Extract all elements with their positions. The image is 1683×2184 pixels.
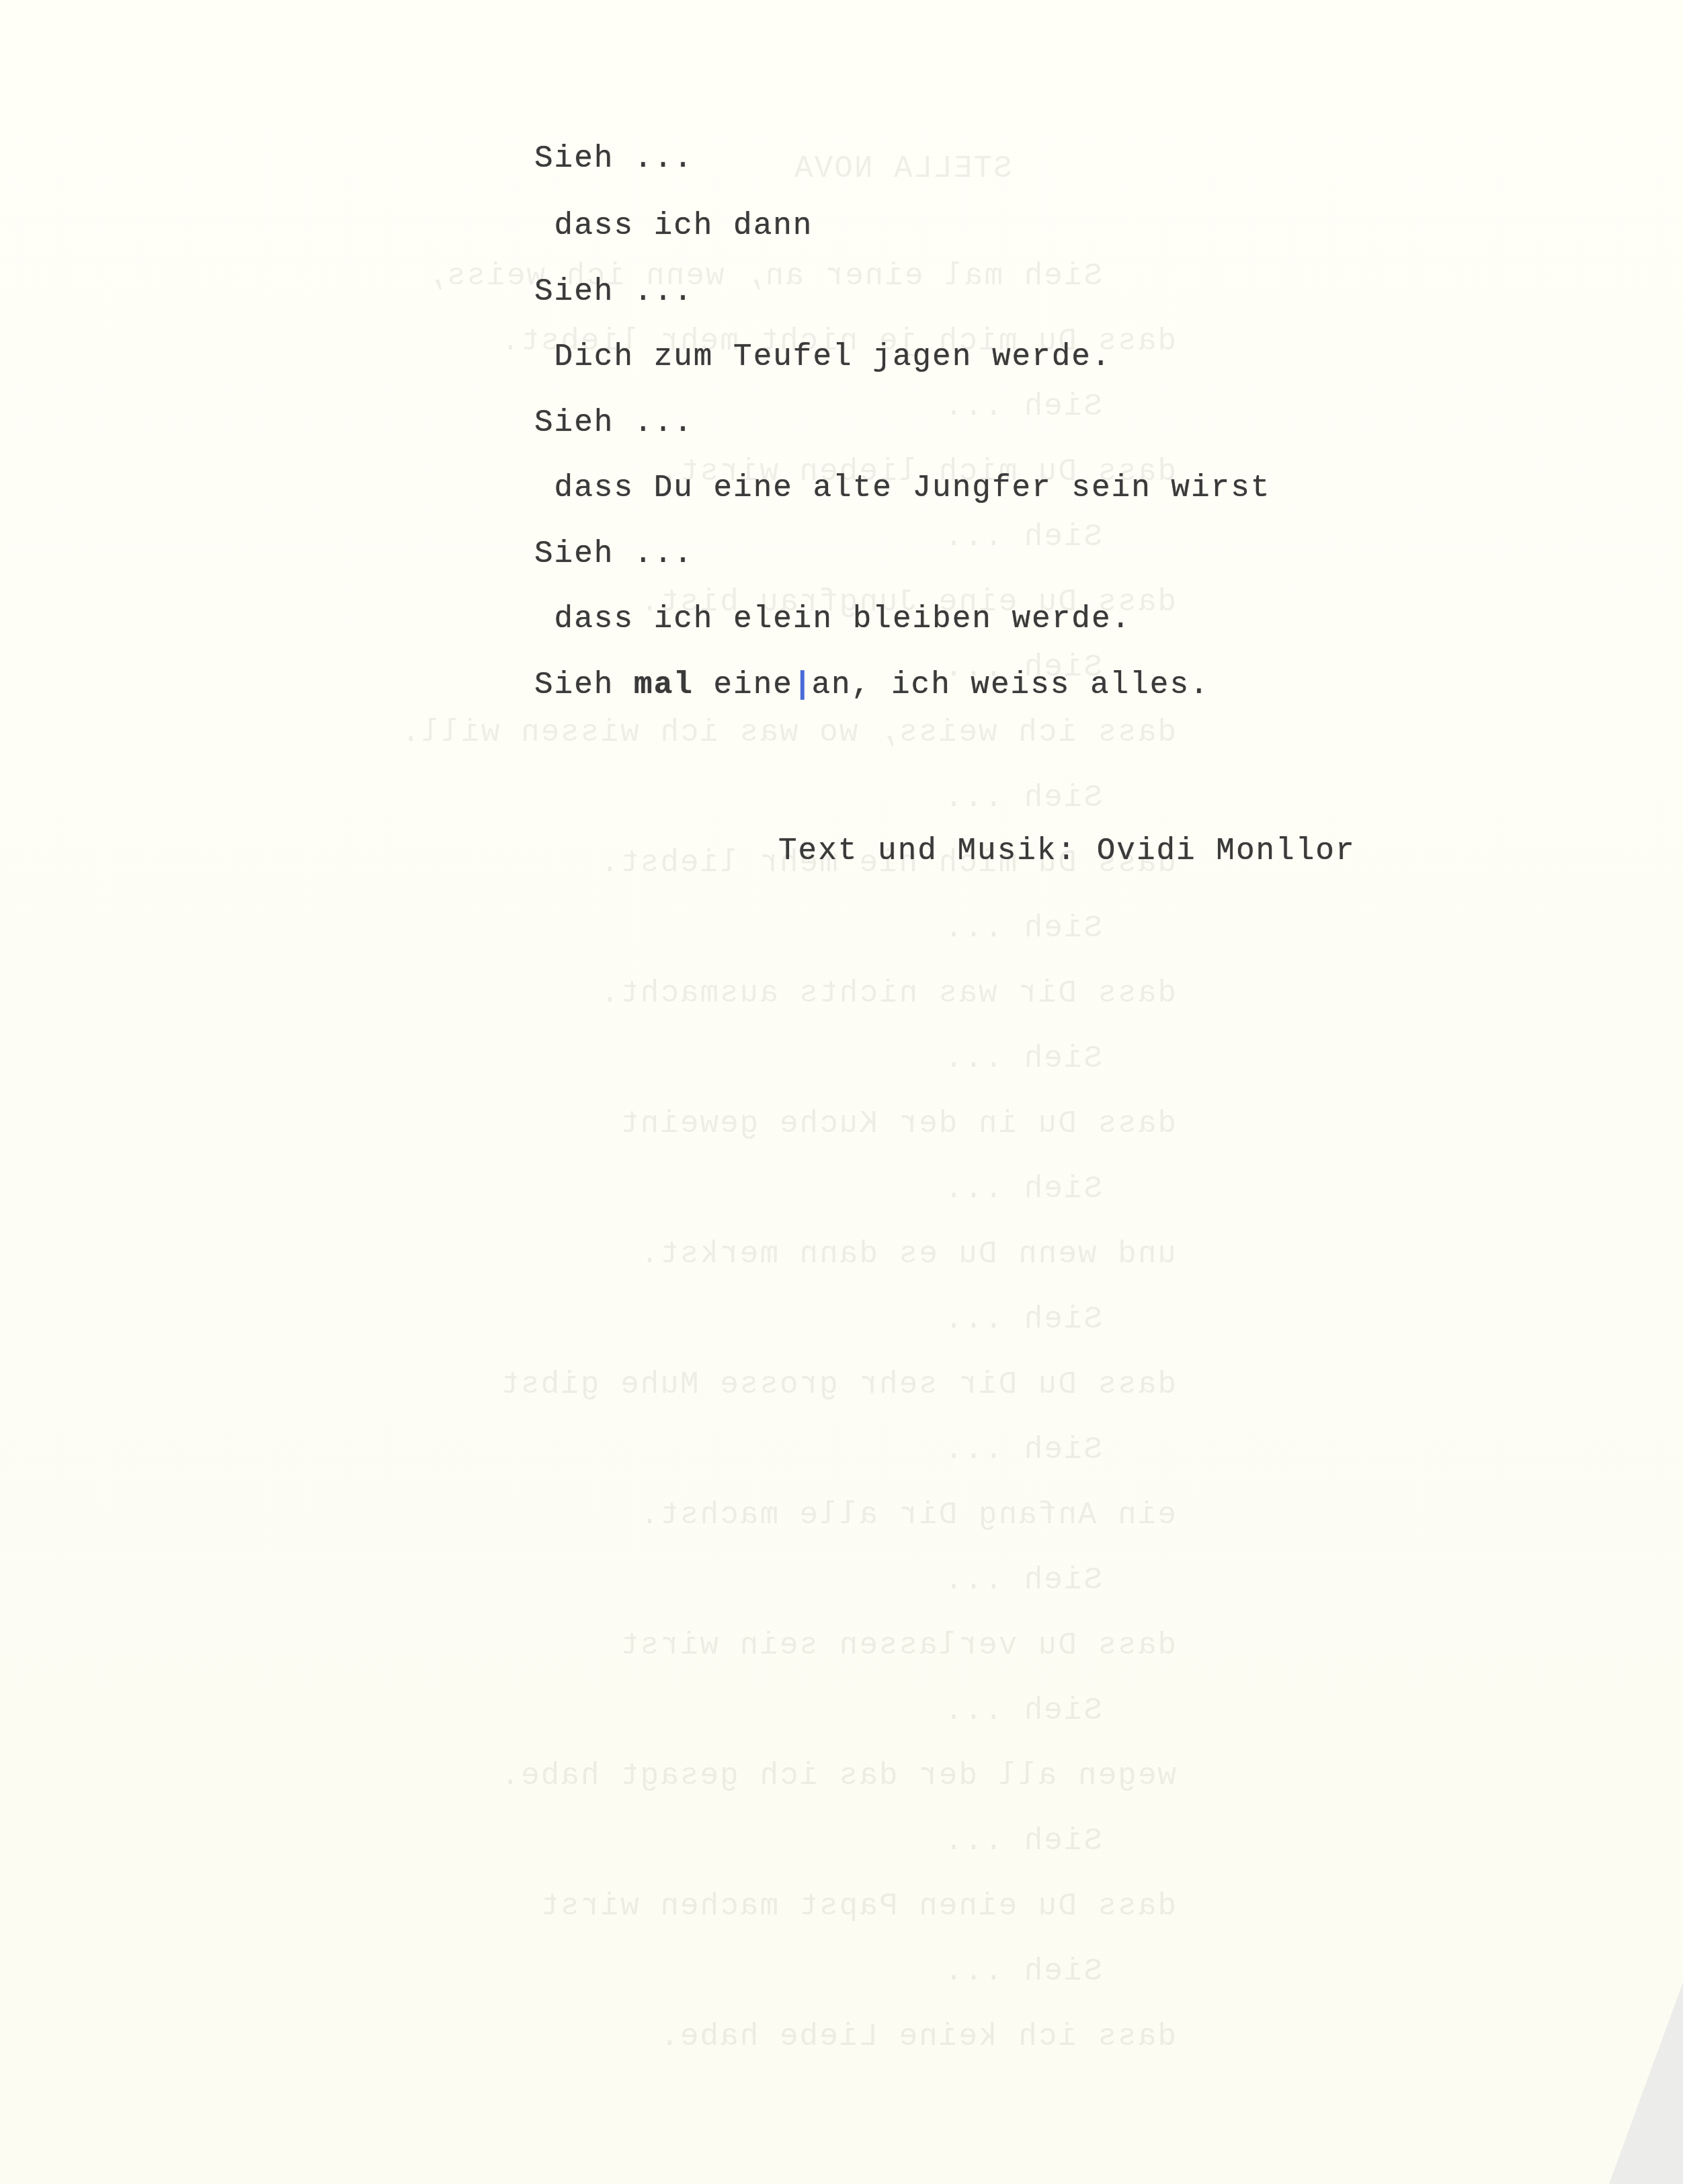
final-part-3: an, ich weiss alles. [812,668,1210,702]
bleed-line: Sieh ... [943,780,1102,815]
lyric-final-line: Sieh mal eine|an, ich weiss alles. [534,668,1210,702]
bleed-line: Sieh ... [943,1172,1102,1207]
bleed-line: Sieh ... [943,1563,1102,1598]
lyric-line-8: dass ich elein bleiben werde. [534,602,1131,637]
bleed-line: Sieh ... [943,1432,1102,1467]
lyric-line-7: Sieh ... [534,536,694,571]
lyric-line-5: Sieh ... [534,405,694,440]
bleed-line: Sieh ... [943,1693,1102,1728]
bleed-line: dass Du verlassen sein wirst [619,1628,1176,1663]
bleed-line: Sieh ... [943,1954,1102,1989]
bleed-line: dass Du Dir sehr grosse Muhe gibst [499,1367,1176,1402]
bleed-line: Sieh ... [943,1041,1102,1076]
lyric-line-6: dass Du eine alte Jungfer sein wirst [534,471,1270,505]
lyric-line-2: dass ich dann [534,208,813,243]
bleed-line: dass ich weiss, wo was ich wissen will. [400,715,1176,750]
bleed-line: dass Du einen Papst machen wirst [540,1889,1176,1924]
bleed-line: dass Du in der Kuche geweint [619,1106,1176,1141]
insertion-mark: | [793,668,812,702]
bleed-line: Sieh ... [943,1302,1102,1337]
credit-line: Text und Musik: Ovidi Monllor [778,834,1356,868]
final-part-1: Sieh [534,668,634,702]
bleed-line: dass Dir was nichts ausmacht. [599,976,1176,1011]
bleed-title: STELLA NOVA [793,151,1012,186]
lyric-line-4: Dich zum Teufel jagen werde. [534,339,1112,374]
folded-corner [1609,1982,1683,2184]
bleed-line: dass ich keine Liebe habe. [659,2019,1176,2054]
bleed-line: wegen all der das ich gesagt habe. [499,1758,1176,1793]
bleed-line: ein Anfang Dir alle machst. [639,1498,1176,1533]
overtyped-word: mal [634,668,694,702]
bleed-line: Sieh ... [943,911,1102,946]
lyric-line-3: Sieh ... [534,274,694,309]
bleed-line: Sieh mal einer an, wenn ich weiss, [425,259,1102,294]
bleed-line: Sieh ... [943,389,1102,424]
bleed-line: und wenn Du es dann merkst. [639,1237,1176,1272]
bleed-line: Sieh ... [943,1824,1102,1859]
final-part-2: eine [694,668,793,702]
typewritten-page: STELLA NOVA Sieh mal einer an, wenn ich … [0,0,1683,2184]
bleed-line: Sieh ... [943,520,1102,555]
lyric-line-1: Sieh ... [534,141,694,176]
